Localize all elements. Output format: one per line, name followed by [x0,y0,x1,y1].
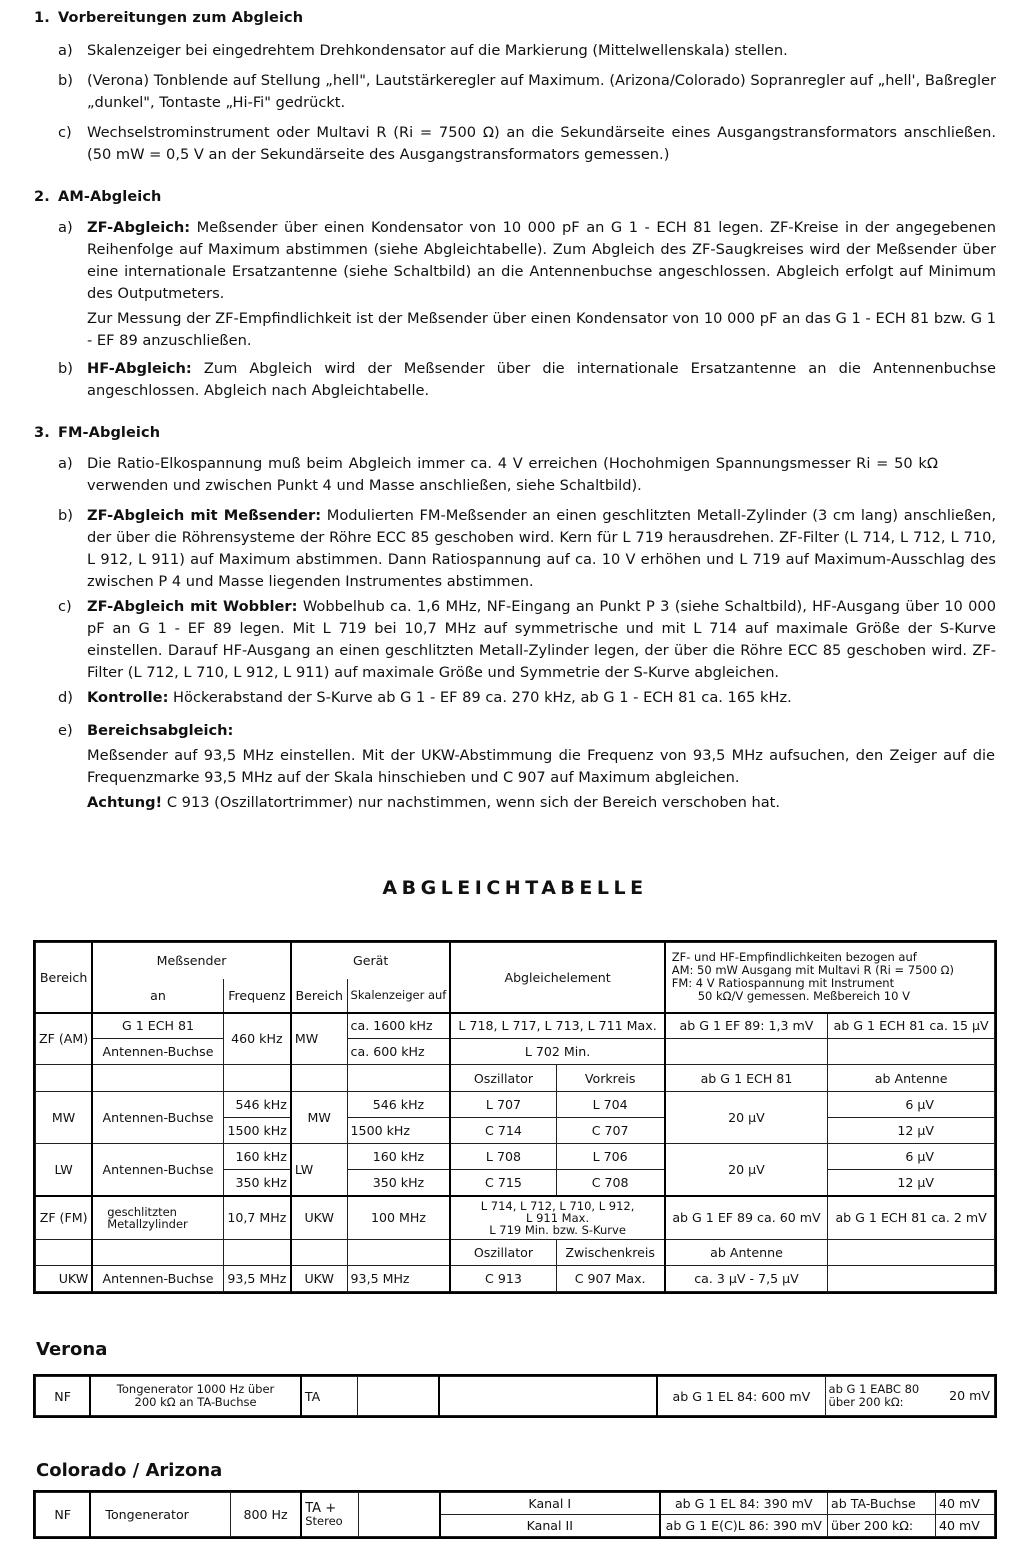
section-2-heading: 2.AM-Abgleich [34,189,161,205]
empf2-value: 20 mV [949,1389,990,1402]
section-3-heading: 3.FM-Abgleich [34,425,160,441]
cell-oszillator: L 707 [450,1092,556,1118]
cell-empty [291,1065,347,1092]
cell-zwischenkreis: C 907 Max. [556,1266,665,1292]
cell-empf2: 6 µV [828,1144,995,1170]
subheader-oszillator: Oszillator [450,1065,556,1092]
cell-geraet-bereich: LW [291,1144,347,1196]
subheader-oszillator: Oszillator [450,1240,556,1266]
cell-frequenz: 160 kHz [223,1144,291,1170]
section-1-item-c: c)Wechselstrominstrument oder Multavi R … [58,122,996,166]
cell-bereich: ZF (FM) [36,1196,93,1240]
section-3-item-c: c)ZF-Abgleich mit Wobbler: Wobbelhub ca.… [58,596,996,684]
section-title: AM-Abgleich [58,189,161,205]
section-3-e-text: Meßsender auf 93,5 MHz einstellen. Mit d… [87,745,995,789]
header-bereich: Bereich [36,943,93,1013]
header-empf-line: 50 kΩ/V gemessen. Meßbereich 10 V [672,990,988,1003]
cell-empty [828,1266,995,1292]
cell-element: L 714, L 712, L 710, L 912, L 911 Max. L… [450,1196,664,1240]
cell-vorkreis: C 707 [556,1118,665,1144]
cell-an: Tongenerator 1000 Hz über 200 kΩ an TA-B… [90,1377,301,1416]
subheader-empf2: ab Antenne [828,1065,995,1092]
section-title: Vorbereitungen zum Abgleich [58,10,303,26]
cell-an: geschlitzten Metallzylinder [92,1196,223,1240]
cell-skalenzeiger: 160 kHz [347,1144,450,1170]
cell-bereich: ZF (AM) [36,1013,93,1065]
item-text: Zur Messung der ZF-Empfindlichkeit ist d… [87,310,996,349]
cell-empf2: ab G 1 ECH 81 ca. 15 µV [828,1013,995,1039]
warning-text: C 913 (Oszillatortrimmer) nur nachstimme… [162,794,780,811]
cell-frequenz: 460 kHz [223,1013,291,1065]
header-abgleichelement: Abgleichelement [450,943,664,1013]
item-keyword: ZF-Abgleich: [87,219,190,236]
table-row-zf-fm: ZF (FM) geschlitzten Metallzylinder 10,7… [36,1196,995,1240]
table-row-ukw: UKW Antennen-Buchse 93,5 MHz UKW 93,5 MH… [36,1266,995,1292]
verona-row: NF Tongenerator 1000 Hz über 200 kΩ an T… [36,1377,995,1416]
header-frequenz: Frequenz [223,979,291,1013]
table-row-lw: LW Antennen-Buchse 160 kHz LW 160 kHz L … [36,1144,995,1170]
table-title: ABGLEICHTABELLE [0,877,1024,899]
cell-empty [358,1493,440,1537]
cell-bereich: UKW [36,1266,93,1292]
section-1-item-b: b)(Verona) Tonblende auf Stellung „hell"… [58,70,996,114]
cell-empty [665,1039,828,1065]
section-2-item-a: a)ZF-Abgleich: Meßsender über einen Kond… [58,217,996,305]
item-text: Zum Abgleich wird der Meßsender über die… [87,360,996,399]
cell-geraet-bereich: UKW [291,1196,347,1240]
header-geraet: Gerät [291,943,450,979]
cell-empty [347,1240,450,1266]
element-line: L 719 Min. bzw. S-Kurve [454,1224,660,1236]
colorado-row-1: NF Tongenerator 800 Hz TA + Stereo Kanal… [36,1493,995,1515]
section-2-note: Zur Messung der ZF-Empfindlichkeit ist d… [58,308,996,352]
cell-skalenzeiger: 1500 kHz [347,1118,450,1144]
warning-keyword: Achtung! [87,794,162,811]
cell-empf1: ca. 3 µV - 7,5 µV [665,1266,828,1292]
header-skalenzeiger: Skalenzeiger auf [347,979,450,1013]
table-row-am-subheader: Oszillator Vorkreis ab G 1 ECH 81 ab Ant… [36,1065,995,1092]
cell-geraet-bereich: TA [301,1377,358,1416]
cell-vorkreis: L 706 [556,1144,665,1170]
item-label: a) [58,40,73,62]
cell-an: G 1 ECH 81 [92,1013,223,1039]
cell-empf2-label: ab TA-Buchse [828,1493,936,1515]
cell-an: Tongenerator [90,1493,230,1537]
cell-empty [828,1240,995,1266]
cell-skalenzeiger: 100 MHz [347,1196,450,1240]
an-line: 200 kΩ an TA-Buchse [94,1396,297,1409]
cell-frequenz: 10,7 MHz [223,1196,291,1240]
cell-empf1: ab G 1 E(C)L 86: 390 mV [660,1515,828,1537]
cell-bereich: NF [36,1377,91,1416]
subheader-empf1: ab Antenne [665,1240,828,1266]
item-label: e) [58,720,73,742]
cell-frequenz: 350 kHz [223,1170,291,1196]
item-text: Skalenzeiger bei eingedrehtem Drehkonden… [87,42,788,59]
cell-empf1: ab G 1 EL 84: 600 mV [657,1377,825,1416]
item-label: b) [58,358,73,380]
cell-empf2-value: 40 mV [935,1515,994,1537]
cell-skalenzeiger: 546 kHz [347,1092,450,1118]
cell-empty [92,1240,223,1266]
cell-an: Antennen-Buchse [92,1039,223,1065]
header-messsender: Meßsender [92,943,291,979]
cell-empf1: 20 µV [665,1144,828,1196]
cell-empty [828,1039,995,1065]
subheader-zwischenkreis: Zwischenkreis [556,1240,665,1266]
cell-empf1: ab G 1 EF 89: 1,3 mV [665,1013,828,1039]
cell-empty [36,1240,93,1266]
cell-empf2: 12 µV [828,1118,995,1144]
header-an: an [92,979,223,1013]
section-number: 1. [34,10,58,26]
cell-skalenzeiger: 350 kHz [347,1170,450,1196]
cell-empf2: 12 µV [828,1170,995,1196]
cell-empf2: ab G 1 EABC 80 über 200 kΩ: 20 mV [825,1377,994,1416]
item-text: (Verona) Tonblende auf Stellung „hell", … [87,72,996,111]
cell-vorkreis: L 704 [556,1092,665,1118]
cell-empf1: 20 µV [665,1092,828,1144]
table-row-mw: MW Antennen-Buchse 546 kHz MW 546 kHz L … [36,1092,995,1118]
section-title: FM-Abgleich [58,425,160,441]
cell-empf2: ab G 1 ECH 81 ca. 2 mV [828,1196,995,1240]
header-empfindlichkeit: ZF- und HF-Empfindlichkeiten bezogen auf… [665,943,995,1013]
item-keyword: ZF-Abgleich mit Wobbler: [87,598,297,615]
colorado-table: NF Tongenerator 800 Hz TA + Stereo Kanal… [35,1492,995,1537]
colorado-title: Colorado / Arizona [36,1460,222,1481]
item-label: a) [58,217,73,239]
section-number: 2. [34,189,58,205]
cell-bereich: MW [36,1092,93,1144]
cell-skalenzeiger: 93,5 MHz [347,1266,450,1292]
item-text: Wechselstrominstrument oder Multavi R (R… [87,124,996,163]
cell-empty [347,1065,450,1092]
cell-frequenz: 1500 kHz [223,1118,291,1144]
table-row-zf-am-2: Antennen-Buchse ca. 600 kHz L 702 Min. [36,1039,995,1065]
cell-oszillator: C 913 [450,1266,556,1292]
cell-an: Antennen-Buchse [92,1144,223,1196]
abgleich-table: Bereich Meßsender Gerät Abgleichelement … [35,942,995,1292]
cell-oszillator: L 708 [450,1144,556,1170]
cell-empf1: ab G 1 EL 84: 390 mV [660,1493,828,1515]
item-label: c) [58,596,72,618]
section-3-item-e: e)Bereichsabgleich: [58,720,996,742]
item-keyword: HF-Abgleich: [87,360,192,377]
item-label: d) [58,687,73,709]
item-keyword: ZF-Abgleich mit Meßsender: [87,507,321,524]
item-label: b) [58,70,73,92]
header-geraet-bereich: Bereich [291,979,347,1013]
cell-empty [439,1377,657,1416]
subheader-empf1: ab G 1 ECH 81 [665,1065,828,1092]
item-label: b) [58,505,73,527]
cell-oszillator: C 714 [450,1118,556,1144]
section-2-item-b: b)HF-Abgleich: Zum Abgleich wird der Meß… [58,358,996,402]
element-line: L 714, L 712, L 710, L 912, [454,1200,660,1212]
cell-geraet-bereich: MW [291,1013,347,1065]
section-1-heading: 1.Vorbereitungen zum Abgleich [34,10,303,26]
cell-empty [92,1065,223,1092]
cell-element: L 702 Min. [450,1039,664,1065]
cell-empty [223,1240,291,1266]
cell-bereich: LW [36,1144,93,1196]
verona-title: Verona [36,1339,107,1360]
element-line: L 911 Max. [454,1212,660,1224]
cell-empf2-label: über 200 kΩ: [828,1515,936,1537]
cell-empf1: ab G 1 EF 89 ca. 60 mV [665,1196,828,1240]
cell-frequenz: 546 kHz [223,1092,291,1118]
cell-empf2: 6 µV [828,1092,995,1118]
cell-empty [291,1240,347,1266]
section-3-warning: Achtung! C 913 (Oszillatortrimmer) nur n… [87,792,995,814]
cell-bereich: NF [36,1493,91,1537]
cell-geraet: TA + Stereo [301,1493,358,1537]
section-3-item-d: d)Kontrolle: Höckerabstand der S-Kurve a… [58,687,996,709]
table-row-zf-am: ZF (AM) G 1 ECH 81 460 kHz MW ca. 1600 k… [36,1013,995,1039]
verona-table: NF Tongenerator 1000 Hz über 200 kΩ an T… [35,1376,995,1416]
cell-kanal: Kanal II [440,1515,660,1537]
section-1-item-a: a)Skalenzeiger bei eingedrehtem Drehkond… [58,40,996,62]
item-text: Höckerabstand der S-Kurve ab G 1 - EF 89… [168,689,791,706]
cell-geraet-bereich: UKW [291,1266,347,1292]
item-label: a) [58,453,73,475]
cell-skalenzeiger: ca. 1600 kHz [347,1013,450,1039]
item-keyword: Bereichsabgleich: [87,722,233,739]
cell-oszillator: C 715 [450,1170,556,1196]
item-text: Meßsender über einen Kondensator von 10 … [87,219,996,302]
section-3-item-a: a)Die Ratio-Elkospannung muß beim Abglei… [58,453,938,497]
cell-empf2-value: 40 mV [935,1493,994,1515]
cell-frequenz: 93,5 MHz [223,1266,291,1292]
cell-frequenz: 800 Hz [230,1493,301,1537]
cell-kanal: Kanal I [440,1493,660,1515]
item-text: Die Ratio-Elkospannung muß beim Abgleich… [87,455,938,494]
section-number: 3. [34,425,58,441]
cell-element: L 718, L 717, L 713, L 711 Max. [450,1013,664,1039]
cell-vorkreis: C 708 [556,1170,665,1196]
cell-geraet-bereich: MW [291,1092,347,1144]
table-row-fm-subheader: Oszillator Zwischenkreis ab Antenne [36,1240,995,1266]
geraet-line: Stereo [305,1515,354,1528]
cell-an: Antennen-Buchse [92,1092,223,1144]
cell-an: Antennen-Buchse [92,1266,223,1292]
geraet-line: TA + [305,1502,354,1515]
section-3-item-b: b)ZF-Abgleich mit Meßsender: Modulierten… [58,505,996,593]
cell-skalenzeiger: ca. 600 kHz [347,1039,450,1065]
item-keyword: Kontrolle: [87,689,168,706]
cell-empty [36,1065,93,1092]
subheader-vorkreis: Vorkreis [556,1065,665,1092]
cell-empty [358,1377,439,1416]
item-label: c) [58,122,72,144]
cell-empty [223,1065,291,1092]
